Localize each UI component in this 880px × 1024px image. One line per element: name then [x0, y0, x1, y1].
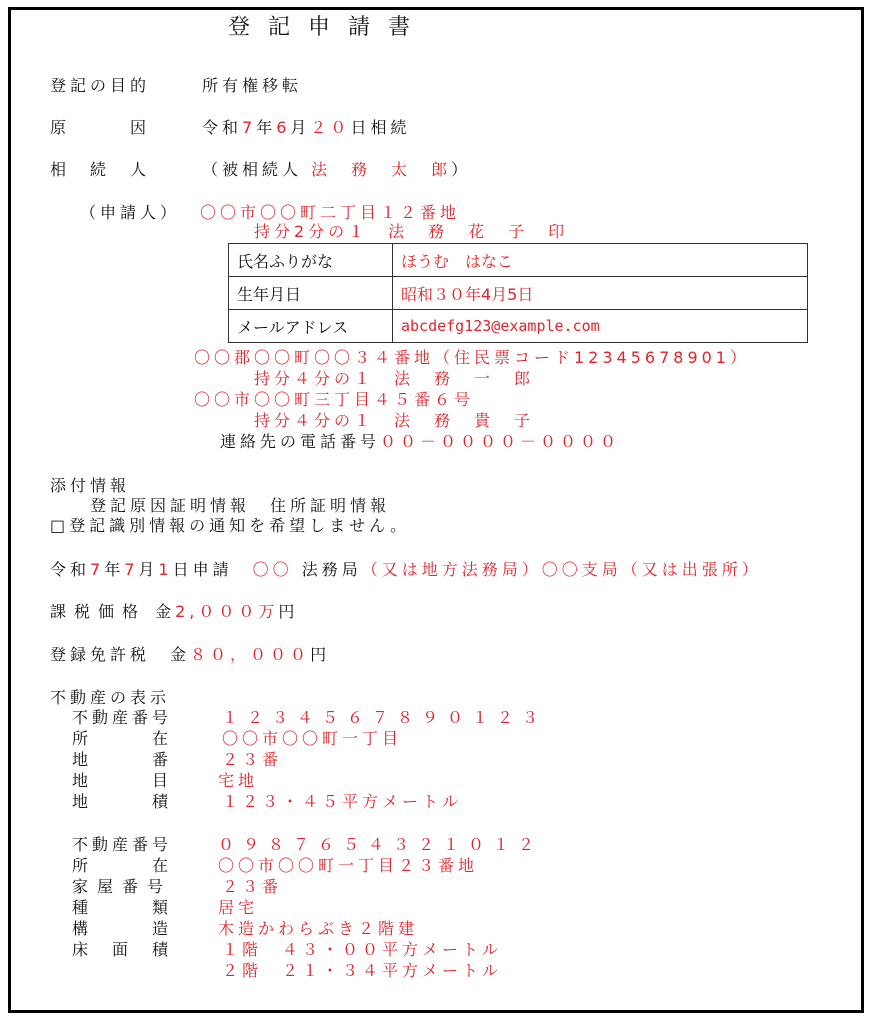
land-label: 地 積: [72, 792, 172, 812]
applicant-info-table: 氏名ふりがな ほうむ はなこ 生年月日 昭和３０年4月5日 メールアドレス ab…: [228, 243, 808, 343]
building-value: ２階 ２１・３４平方メートル: [222, 961, 502, 981]
table-row: メールアドレス abcdefg123@example.com: [229, 310, 808, 343]
property-label: 不動産の表示: [50, 688, 170, 708]
land-label: 不動産番号: [72, 708, 172, 728]
decedent-name: 法 務 太 郎: [311, 160, 451, 179]
purpose-label: 登記の目的: [50, 76, 150, 96]
applicant-1-share-name: 持分2分の１ 法 務 花 子 印: [254, 222, 568, 242]
attachments-label: 添付情報: [50, 476, 130, 496]
phone-label: 連絡先の電話番号: [220, 432, 380, 451]
building-label: 床 面 積: [72, 940, 172, 960]
email-value: abcdefg123@example.com: [393, 310, 808, 343]
land-value: 宅地: [218, 771, 258, 791]
birthdate-label: 生年月日: [229, 277, 393, 310]
applicant-2-address: 〇〇郡〇〇町〇〇３４番地（住民票コード12345678901）: [194, 348, 750, 368]
building-value: ０９８７６５４３２１０１２: [218, 835, 543, 855]
cause-label: 原 因: [50, 118, 150, 138]
applicant-3-share-name: 持分４分の１ 法 務 貴 子: [254, 411, 534, 431]
phone-value: ００－００００－００００: [380, 432, 620, 451]
application-line: 令和7年7月1日申請 〇〇 法務局（又は地方法務局）〇〇支局（又は出張所）: [50, 560, 762, 580]
applicant-label: （申請人）: [80, 203, 180, 223]
land-value: ２３番: [222, 750, 282, 770]
cause-value: 令和7年6月２０日相続: [202, 118, 410, 138]
birthdate-value: 昭和３０年4月5日: [393, 277, 808, 310]
land-value: １２３・４５平方メートル: [222, 792, 462, 812]
decedent: （被相続人 法 務 太 郎）: [202, 160, 471, 180]
email-label: メールアドレス: [229, 310, 393, 343]
attachments-items: 登記原因証明情報 住所証明情報: [90, 496, 390, 516]
building-label: 家屋番号: [72, 877, 172, 897]
table-row: 氏名ふりがな ほうむ はなこ: [229, 244, 808, 277]
land-label: 地 番: [72, 750, 172, 770]
applicant-1-address: 〇〇市〇〇町二丁目１２番地: [200, 203, 460, 223]
building-label: 不動産番号: [72, 835, 172, 855]
furigana-label: 氏名ふりがな: [229, 244, 393, 277]
purpose-value: 所有権移転: [202, 76, 302, 96]
land-value: １２３４５６７８９０１２３: [222, 708, 547, 728]
table-row: 生年月日 昭和３０年4月5日: [229, 277, 808, 310]
phone: 連絡先の電話番号００－００００－００００: [220, 432, 620, 452]
land-label: 地 目: [72, 771, 172, 791]
land-label: 所 在: [72, 729, 172, 749]
building-label: 所 在: [72, 856, 172, 876]
applicant-3-address: 〇〇市〇〇町三丁目４５番６号: [194, 390, 474, 410]
furigana-value: ほうむ はなこ: [393, 244, 808, 277]
page-title: 登記申請書: [228, 18, 428, 38]
building-label: 種 類: [72, 898, 172, 918]
building-value: 木造かわらぶき２階建: [218, 919, 418, 939]
no-notification-checkbox[interactable]: □登記識別情報の通知を希望しません。: [50, 516, 410, 536]
building-value: ２３番: [222, 877, 282, 897]
heirs-label: 相 続 人: [50, 160, 150, 180]
applicant-2-share-name: 持分４分の１ 法 務 一 郎: [254, 369, 534, 389]
building-value: 〇〇市〇〇町一丁目２３番地: [218, 856, 478, 876]
registration-tax: 登録免許税 金８０，０００円: [50, 645, 330, 665]
building-label: 構 造: [72, 919, 172, 939]
building-value: １階 ４３・００平方メートル: [222, 940, 502, 960]
land-value: 〇〇市〇〇町一丁目: [222, 729, 402, 749]
tax-value: 課税価格 金2,０００万円: [50, 602, 298, 622]
building-value: 居宅: [218, 898, 258, 918]
